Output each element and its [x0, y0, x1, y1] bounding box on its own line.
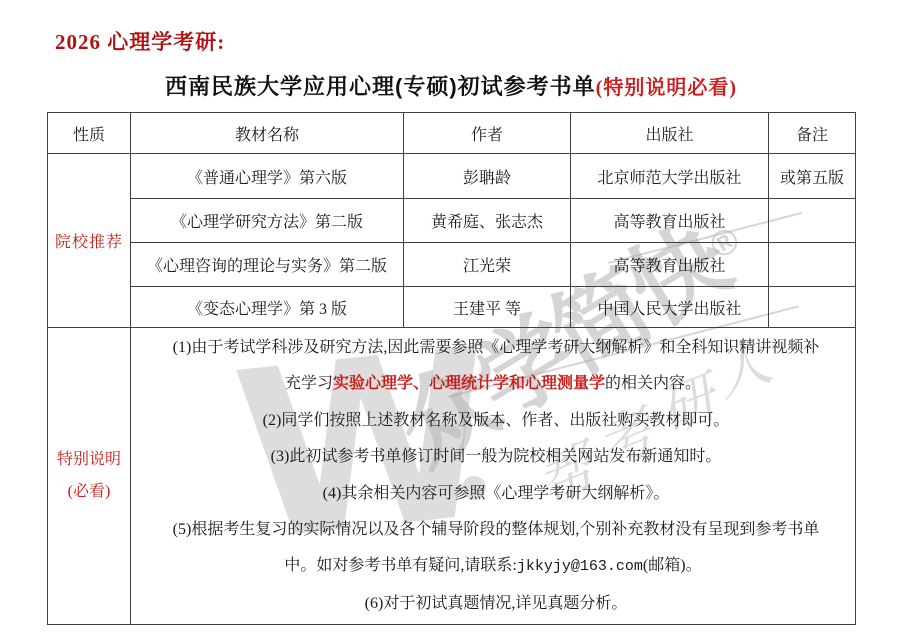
- column-header: 作者: [404, 113, 571, 154]
- document-page: W 众学简快® 帮考研人 2026 心理学考研: 西南民族大学应用心理(专硕)初…: [0, 0, 900, 640]
- cell-publisher: 中国人民大学出版社: [571, 287, 769, 328]
- note-line: 充学习实验心理学、心理统计学和心理测量学的相关内容。: [131, 366, 855, 402]
- note-line: (1)由于考试学科涉及研究方法,因此需要参照《心理学考研大纲解析》和全科知识精讲…: [131, 330, 855, 366]
- table-row: 《心理咨询的理论与实务》第二版江光荣高等教育出版社: [48, 243, 856, 287]
- table-row: 《心理学研究方法》第二版黄希庭、张志杰高等教育出版社: [48, 199, 856, 243]
- note-highlight-text: 实验心理学、心理统计学和心理测量学: [333, 375, 605, 392]
- page-title: 西南民族大学应用心理(专硕)初试参考书单(特别说明必看): [47, 70, 855, 101]
- note-text: (4)其余相关内容可参照《心理学考研大纲解析》。: [323, 485, 670, 502]
- note-text: 充学习: [285, 375, 333, 392]
- column-header: 出版社: [571, 113, 769, 154]
- column-header: 备注: [769, 113, 856, 154]
- table-header-row: 性质教材名称作者出版社备注: [48, 113, 856, 154]
- note-line: (5)根据考生复习的实际情况以及各个辅导阶段的整体规划,个别补充教材没有呈现到参…: [131, 512, 855, 548]
- note-line: (6)对于初试真题情况,详见真题分析。: [131, 586, 855, 622]
- cell-name: 《心理学研究方法》第二版: [131, 199, 404, 243]
- cell-note: [769, 199, 856, 243]
- special-notes-cell: (1)由于考试学科涉及研究方法,因此需要参照《心理学考研大纲解析》和全科知识精讲…: [131, 328, 856, 625]
- note-text: (6)对于初试真题情况,详见真题分析。: [365, 595, 628, 612]
- column-header: 性质: [48, 113, 131, 154]
- note-text: (5)根据考生复习的实际情况以及各个辅导阶段的整体规划,个别补充教材没有呈现到参…: [173, 521, 820, 538]
- note-text: (1)由于考试学科涉及研究方法,因此需要参照《心理学考研大纲解析》和全科知识精讲…: [173, 339, 820, 356]
- note-text: 的相关内容。: [605, 375, 701, 392]
- cell-name: 《变态心理学》第 3 版: [131, 287, 404, 328]
- note-line: (2)同学们按照上述教材名称及版本、作者、出版社购买教材即可。: [131, 403, 855, 439]
- series-title: 2026 心理学考研:: [55, 26, 225, 56]
- note-text: 中。如对参考书单有疑问,请联系:: [284, 557, 516, 574]
- table-row: 院校推荐《普通心理学》第六版彭聃龄北京师范大学出版社或第五版: [48, 154, 856, 199]
- page-title-note: (特别说明必看): [596, 77, 737, 99]
- note-text: (2)同学们按照上述教材名称及版本、作者、出版社购买教材即可。: [263, 412, 730, 429]
- note-text: (3)此初试参考书单修订时间一般为院校相关网站发布新通知时。: [271, 448, 722, 465]
- cell-author: 黄希庭、张志杰: [404, 199, 571, 243]
- cell-author: 彭聃龄: [404, 154, 571, 199]
- cell-name: 《心理咨询的理论与实务》第二版: [131, 243, 404, 287]
- cell-publisher: 高等教育出版社: [571, 243, 769, 287]
- note-line: (3)此初试参考书单修订时间一般为院校相关网站发布新通知时。: [131, 439, 855, 475]
- cell-name: 《普通心理学》第六版: [131, 154, 404, 199]
- note-text: (邮箱)。: [643, 557, 702, 574]
- category-cell: 院校推荐: [48, 154, 131, 328]
- special-label-cell: 特别说明(必看): [48, 328, 131, 625]
- cell-publisher: 北京师范大学出版社: [571, 154, 769, 199]
- column-header: 教材名称: [131, 113, 404, 154]
- special-label-line: (必看): [48, 476, 130, 508]
- cell-note: [769, 243, 856, 287]
- special-notes-row: 特别说明(必看)(1)由于考试学科涉及研究方法,因此需要参照《心理学考研大纲解析…: [48, 328, 856, 625]
- cell-note: [769, 287, 856, 328]
- table-row: 《变态心理学》第 3 版王建平 等中国人民大学出版社: [48, 287, 856, 328]
- page-title-main: 西南民族大学应用心理(专硕)初试参考书单: [165, 74, 596, 99]
- special-label-line: 特别说明: [48, 444, 130, 476]
- cell-author: 王建平 等: [404, 287, 571, 328]
- reference-table: 性质教材名称作者出版社备注院校推荐《普通心理学》第六版彭聃龄北京师范大学出版社或…: [47, 112, 856, 625]
- note-line: 中。如对参考书单有疑问,请联系:jkkyjy@163.com(邮箱)。: [131, 548, 855, 585]
- cell-publisher: 高等教育出版社: [571, 199, 769, 243]
- contact-email: jkkyjy@163.com: [517, 558, 643, 575]
- cell-author: 江光荣: [404, 243, 571, 287]
- note-line: (4)其余相关内容可参照《心理学考研大纲解析》。: [131, 476, 855, 512]
- cell-note: 或第五版: [769, 154, 856, 199]
